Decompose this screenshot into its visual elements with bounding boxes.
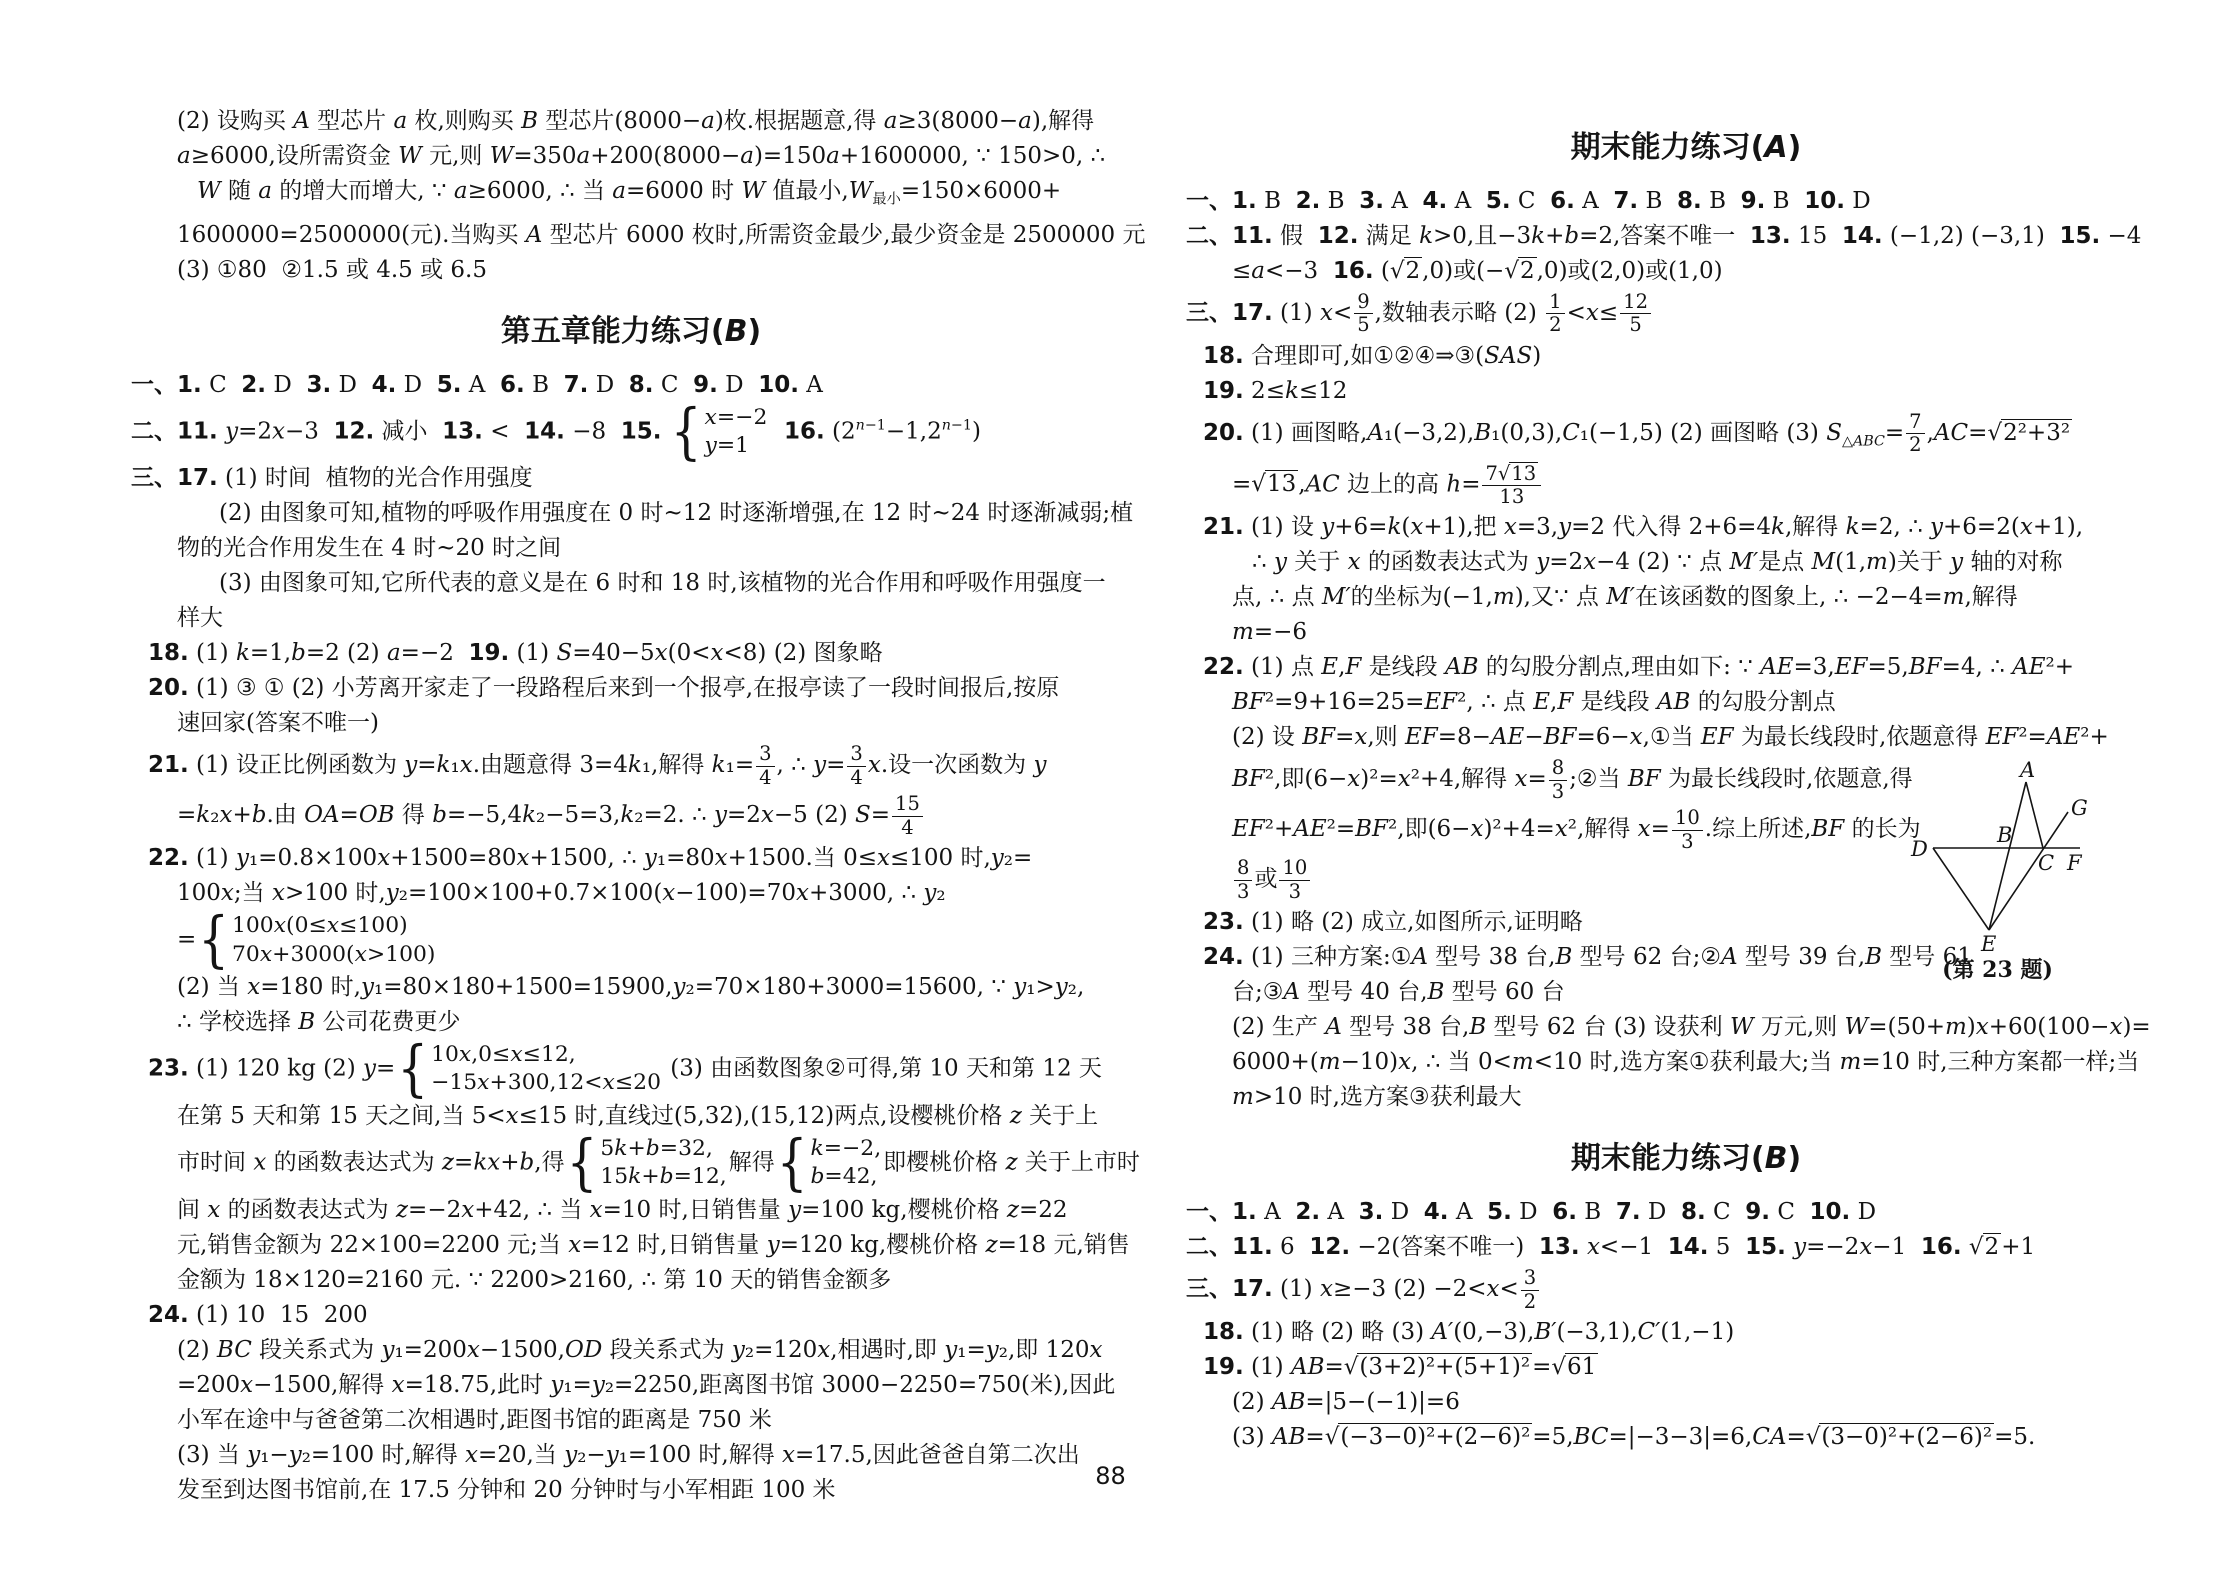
- text-line: a≥6000,设所需资金 W 元,则 W=350a+200(8000−a)=15…: [131, 139, 1131, 174]
- section-header: 期末能力练习(A): [1186, 104, 2186, 184]
- text-line: 市时间 x 的函数表达式为 z=kx+b,得{5k+b=32,15k+b=12,…: [131, 1134, 1131, 1193]
- text-line: 样大: [131, 601, 1131, 636]
- figure-label-B: B: [1996, 823, 2012, 847]
- text-line: 1600000=2500000(元).当购买 A 型芯片 6000 枚时,所需资…: [131, 218, 1131, 253]
- text-line: (3) AB=√(−3−0)²+(2−6)²=5,BC=|−3−3|=6,CA=…: [1186, 1420, 2186, 1455]
- text-line: 一、1. C 2. D 3. D 4. D 5. A 6. B 7. D 8. …: [131, 368, 1131, 403]
- text-line: 22. (1) 点 E,F 是线段 AB 的勾股分割点,理由如下: ∵ AE=3…: [1186, 650, 2186, 685]
- answer-key-page: (2) 设购买 A 型芯片 a 枚,则购买 B 型芯片(8000−a)枚.根据题…: [0, 0, 2221, 1571]
- figure-label-C: C: [2038, 851, 2054, 875]
- text-line: 金额为 18×120=2160 元. ∵ 2200>2160, ∴ 第 10 天…: [131, 1263, 1131, 1298]
- figure-label-A: A: [2018, 758, 2035, 782]
- text-line: ={100x(0≤x≤100)70x+3000(x>100): [131, 911, 1131, 970]
- text-line: 19. (1) AB=√(3+2)²+(5+1)²=√61: [1186, 1350, 2186, 1385]
- text-line: 24. (1) 10 15 200: [131, 1298, 1131, 1333]
- text-line: 18. 合理即可,如①②④⇒③(SAS): [1186, 339, 2186, 374]
- text-line: 18. (1) k=1,b=2 (2) a=−2 19. (1) S=40−5x…: [131, 636, 1131, 671]
- text-line: =k₂x+b.由 OA=OB 得 b=−5,4k₂−5=3,k₂=2. ∴ y=…: [131, 791, 1131, 841]
- text-line: 21. (1) 设 y+6=k(x+1),把 x=3,y=2 代入得 2+6=4…: [1186, 510, 2186, 545]
- text-line: (3) 由图象可知,它所代表的意义是在 6 时和 18 时,该植物的光合作用和呼…: [131, 566, 1131, 601]
- text-line: 小军在途中与爸爸第二次相遇时,距图书馆的距离是 750 米: [131, 1403, 1131, 1438]
- text-line: =200x−1500,解得 x=18.75,此时 y₁=y₂=2250,距离图书…: [131, 1368, 1131, 1403]
- text-line: 一、1. B 2. B 3. A 4. A 5. C 6. A 7. B 8. …: [1186, 184, 2186, 219]
- text-line: (2) 由图象可知,植物的呼吸作用强度在 0 时~12 时逐渐增强,在 12 时…: [131, 496, 1131, 531]
- text-line: 三、17. (1) x≥−3 (2) −2<x<32: [1186, 1265, 2186, 1315]
- text-line: 间 x 的函数表达式为 z=−2x+42, ∴ 当 x=10 时,日销售量 y=…: [131, 1193, 1131, 1228]
- text-line: (2) AB=|5−(−1)|=6: [1186, 1385, 2186, 1420]
- text-line: 速回家(答案不唯一): [131, 706, 1131, 741]
- text-line: 二、11. 6 12. −2(答案不唯一) 13. x<−1 14. 5 15.…: [1186, 1230, 2186, 1265]
- text-line: 21. (1) 设正比例函数为 y=k₁x.由题意得 3=4k₁,解得 k₁=3…: [131, 741, 1131, 791]
- text-line: 20. (1) 画图略,A₁(−3,2),B₁(0,3),C₁(−1,5) (2…: [1186, 409, 2186, 460]
- left-column: (2) 设购买 A 型芯片 a 枚,则购买 B 型芯片(8000−a)枚.根据题…: [131, 104, 1131, 1508]
- text-line: (2) 生产 A 型号 38 台,B 型号 62 台 (3) 设获利 W 万元,…: [1186, 1010, 2186, 1045]
- figure-label-G: G: [2071, 796, 2088, 820]
- text-line: 100x;当 x>100 时,y₂=100×100+0.7×100(x−100)…: [131, 876, 1131, 911]
- text-line: (3) ①80 ②1.5 或 4.5 或 6.5: [131, 253, 1131, 288]
- text-line: 19. 2≤k≤12: [1186, 374, 2186, 409]
- text-line: 二、11. 假 12. 满足 k>0,且−3k+b=2,答案不唯一 13. 15…: [1186, 219, 2186, 254]
- text-line: 23. (1) 120 kg (2) y={10x,0≤x≤12,−15x+30…: [131, 1040, 1131, 1099]
- text-line: 20. (1) ③ ① (2) 小芳离开家走了一段路程后来到一个报亭,在报亭读了…: [131, 671, 1131, 706]
- figure-caption: (第 23 题): [1905, 953, 2090, 984]
- text-line: 在第 5 天和第 15 天之间,当 5<x≤15 时,直线过(5,32),(15…: [131, 1099, 1131, 1134]
- text-line: m>10 时,选方案③获利最大: [1186, 1080, 2186, 1115]
- text-line: W 随 a 的增大而增大, ∵ a≥6000, ∴ 当 a=6000 时 W 值…: [131, 174, 1131, 218]
- text-line: 元,销售金额为 22×100=2200 元;当 x=12 时,日销售量 y=12…: [131, 1228, 1131, 1263]
- line-DE: [1933, 848, 1989, 930]
- text-line: ∴ y 关于 x 的函数表达式为 y=2x−4 (2) ∵ 点 M′是点 M(1…: [1186, 545, 2186, 580]
- text-line: 18. (1) 略 (2) 略 (3) A′(0,−3),B′(−3,1),C′…: [1186, 1315, 2186, 1350]
- text-line: =√13,AC 边上的高 h=7√1313: [1186, 460, 2186, 511]
- text-line: ≤a<−3 16. (√2,0)或(−√2,0)或(2,0)或(1,0): [1186, 254, 2186, 289]
- line-AE: [1989, 782, 2026, 930]
- text-line: m=−6: [1186, 615, 2186, 650]
- text-line: 二、11. y=2x−3 12. 减小 13. < 14. −8 15. {x=…: [131, 403, 1131, 462]
- text-line: 三、17. (1) x<95,数轴表示略 (2) 12<x≤125: [1186, 289, 2186, 339]
- text-line: 6000+(m−10)x, ∴ 当 0<m<10 时,选方案①获利最大;当 m=…: [1186, 1045, 2186, 1080]
- page-number: 88: [0, 1462, 2221, 1490]
- section-header: 期末能力练习(B): [1186, 1115, 2186, 1195]
- text-line: (2) 当 x=180 时,y₁=80×180+1500=15900,y₂=70…: [131, 970, 1131, 1005]
- figure-label-E: E: [1980, 932, 1996, 955]
- section-header: 第五章能力练习(B): [131, 288, 1131, 368]
- text-line: 点, ∴ 点 M′的坐标为(−1,m),又∵ 点 M′在该函数的图象上, ∴ −…: [1186, 580, 2186, 615]
- line-AC: [2026, 782, 2043, 848]
- text-line: (2) 设 BF=x,则 EF=8−AE−BF=6−x,①当 EF 为最长线段时…: [1186, 720, 2186, 755]
- geometry-figure: A B C D E F G: [1905, 755, 2090, 955]
- figure-label-D: D: [1910, 837, 1928, 861]
- text-line: (2) BC 段关系式为 y₁=200x−1500,OD 段关系式为 y₂=12…: [131, 1333, 1131, 1368]
- text-line: 22. (1) y₁=0.8×100x+1500=80x+1500, ∴ y₁=…: [131, 841, 1131, 876]
- text-line: (2) 设购买 A 型芯片 a 枚,则购买 B 型芯片(8000−a)枚.根据题…: [131, 104, 1131, 139]
- text-line: 物的光合作用发生在 4 时~20 时之间: [131, 531, 1131, 566]
- answer-figure-q23: A B C D E F G (第 23 题): [1905, 755, 2165, 1005]
- figure-label-F: F: [2066, 851, 2083, 875]
- text-line: 一、1. A 2. A 3. D 4. A 5. D 6. B 7. D 8. …: [1186, 1195, 2186, 1230]
- text-line: ∴ 学校选择 B 公司花费更少: [131, 1005, 1131, 1040]
- text-line: 三、17. (1) 时间 植物的光合作用强度: [131, 461, 1131, 496]
- text-line: BF²=9+16=25=EF², ∴ 点 E,F 是线段 AB 的勾股分割点: [1186, 685, 2186, 720]
